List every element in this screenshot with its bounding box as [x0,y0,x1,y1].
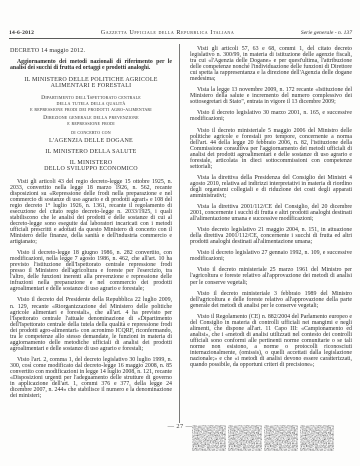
datamatrix-icon [264,425,298,451]
authority-block: IL MINISTERO DELLE POLITICHE AGRICOLE AL… [10,77,172,172]
decree-paragraph: Visti gli articoli 57, 63 e 68, commi 1,… [190,46,352,82]
page-content: DECRETO 14 maggio 2012. Aggiornamento de… [10,46,352,404]
decree-subject: Aggiornamento dei metodi nazionali di ri… [10,59,172,71]
datamatrix-icon [228,425,262,451]
decree-paragraph: Visto il Regolamento (CE) n. 882/2004 de… [190,314,352,368]
gazette-page: 14-6-2012 Gazzetta Ufficiale della Repub… [0,0,360,466]
decree-paragraph: Visto decreto legislativo 21 maggio 2004… [190,227,352,245]
datamatrix-icon [300,425,334,451]
left-paragraphs: Visti gli articoli 43 del regio decreto-… [10,179,172,400]
issue-date: 14-6-2012 [9,30,34,36]
right-column: Visti gli articoli 57, 63 e 68, commi 1,… [190,46,352,404]
decree-paragraph: Vista la direttiva 2001/112/CE del Consi… [190,204,352,222]
decree-paragraph: Visto l'art. 2, comma 1, del decreto leg… [10,357,172,399]
authority-line: di concerto con [10,130,172,136]
decree-paragraph: Vista la legge 13 novembre 2009, n. 172 … [190,87,352,105]
right-paragraphs: Visti gli articoli 57, 63 e 68, commi 1,… [190,46,352,368]
decree-paragraph: Visto il decreto ministeriale 3 febbraio… [190,291,352,309]
left-column: DECRETO 14 maggio 2012. Aggiornamento de… [10,46,172,404]
datamatrix-icon [192,425,226,451]
masthead-title: Gazzetta Ufficiale della Repubblica Ital… [101,29,235,36]
series-number: Serie generale - n. 137 [301,30,352,36]
authority-line: Dipartimento dell'Ispettorato centrale d… [10,95,172,114]
decree-heading: DECRETO 14 maggio 2012. [10,48,172,54]
decree-paragraph: Visto il decreto legislativo 30 marzo 20… [190,110,352,122]
decree-paragraph: Visto il decreto del Presidente della Re… [10,297,172,351]
page-header: 14-6-2012 Gazzetta Ufficiale della Repub… [9,29,352,39]
decree-paragraph: Visto il decreto ministeriale 5 maggio 2… [190,128,352,170]
authority-line: IL MINISTERO DELLO SVILUPPO ECONOMICO [10,160,172,172]
authority-line: L'AGENZIA DELLE DOGANE [10,138,172,144]
authority-line: IL MINISTERO DELLA SALUTE [10,149,172,155]
authority-line: IL MINISTERO DELLE POLITICHE AGRICOLE AL… [10,77,172,89]
decree-paragraph: Visti gli articoli 43 del regio decreto-… [10,179,172,246]
decree-paragraph: Visto il decreto legislativo 27 gennaio … [190,250,352,262]
authority-line: Direzione generale della prevenzione e r… [10,115,172,127]
decree-paragraph: Visto il decreto ministeriale 25 marzo 1… [190,267,352,285]
decree-paragraph: Vista la direttiva della Presidenza del … [190,175,352,199]
barcode-strip [192,425,334,451]
decree-paragraph: Visto il decreto-legge 18 giugno 1986, n… [10,250,172,292]
